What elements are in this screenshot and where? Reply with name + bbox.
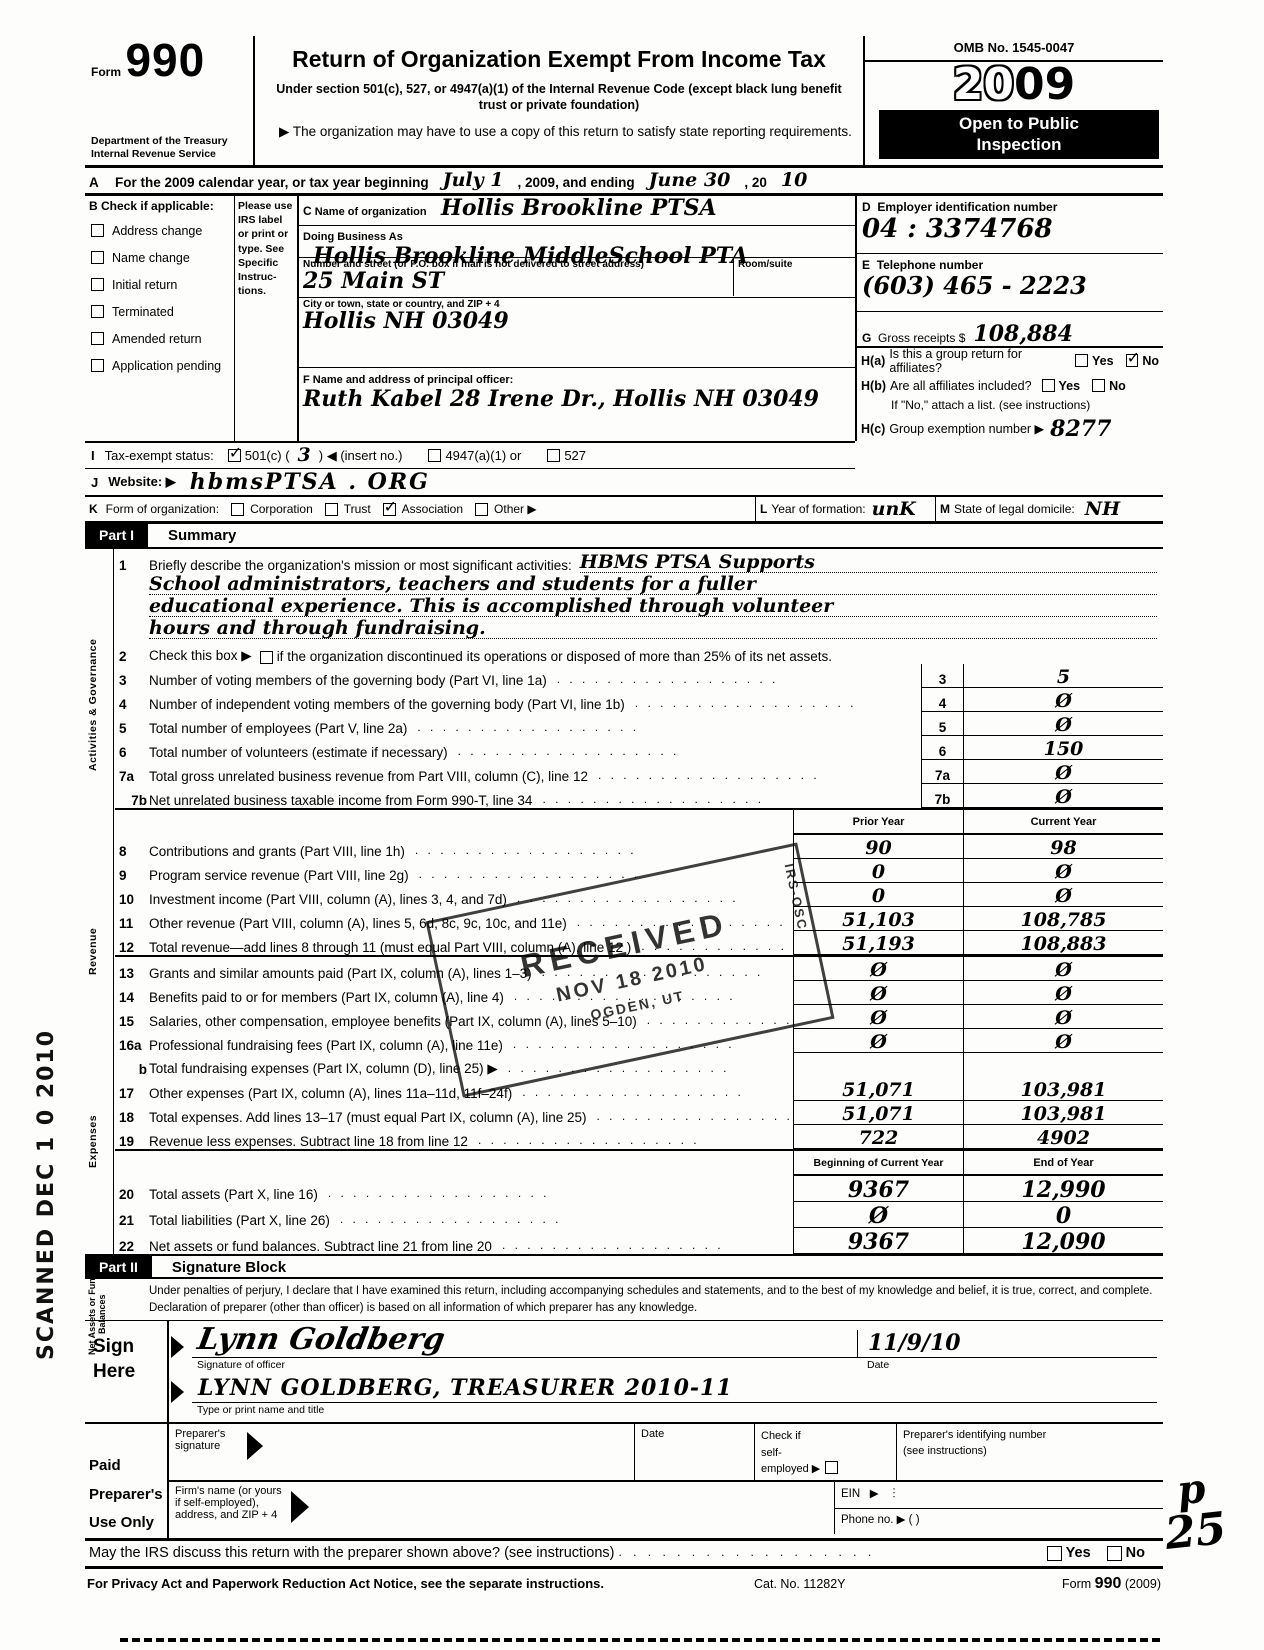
sidebar-expenses: Expenses [87,1034,99,1249]
insert-number-field[interactable]: 3 [298,446,311,465]
box-b-check-if-applicable: B Check if applicable: Address change Na… [85,196,235,441]
ha-yes-checkbox[interactable] [1075,354,1088,367]
h-a-row: H(a) Is this a group return for affiliat… [857,348,1163,373]
website-field[interactable]: hbmsPTSA . ORG [190,471,430,493]
form-subtitle: Under section 501(c), 527, or 4947(a)(1)… [265,81,853,114]
preparer-date-cell[interactable]: Date [635,1424,755,1480]
summary-row-13: 13Grants and similar amounts paid (Part … [115,957,1163,981]
summary-row-12: 12Total revenue—add lines 8 through 11 (… [115,931,1163,955]
line7a-value[interactable]: Ø [1055,764,1072,783]
current-year-header: Current Year [963,810,1163,835]
omb-year-block: OMB No. 1545-0047 2009 Open to Public In… [863,36,1163,165]
summary-row-21: 21Total liabilities (Part X, line 26). .… [115,1202,1163,1228]
firm-name-cell[interactable]: Firm's name (or yours if self-employed),… [169,1482,835,1534]
form-990: Form 990 Department of the Treasury Inte… [85,36,1163,1593]
hb-note: If "No," attach a list. (see instruction… [857,398,1163,416]
amended-return-checkbox[interactable] [91,332,104,345]
summary-row-17: 17Other expenses (Part IX, column (A), l… [115,1077,1163,1101]
part2-title: Signature Block [152,1256,286,1277]
form-reference: Form 990 (2009) [1062,1575,1161,1593]
paid-preparer-label: Paid Preparer's Use Only [85,1424,169,1538]
preparer-id-cell: Preparer's identifying number (see instr… [897,1424,1163,1480]
discuss-yes-checkbox[interactable] [1047,1546,1062,1561]
typed-name-label: Type or print name and title [171,1403,1157,1420]
telephone-field[interactable]: (603) 465 - 2223 [862,271,1087,300]
part1-summary: Activities & Governance Revenue Expenses… [85,549,1163,1254]
line-j-website: J Website: ▶ hbmsPTSA . ORG [85,468,855,495]
line3-value[interactable]: 5 [1057,668,1070,687]
page-title: Return of Organization Exempt From Incom… [265,46,853,73]
summary-row-22: 22Net assets or fund balances. Subtract … [115,1228,1163,1254]
terminated-checkbox[interactable] [91,305,104,318]
checkbox-application-pending[interactable]: Application pending [89,352,230,379]
name-change-checkbox[interactable] [91,251,104,264]
line6-value[interactable]: 150 [1044,740,1084,759]
line2-discontinued: 2 Check this box ▶ if the organization d… [115,641,1163,664]
h-b-row: H(b) Are all affiliates included? Yes No [857,373,1163,398]
k-other-checkbox[interactable] [475,503,488,516]
address-change-checkbox[interactable] [91,224,104,237]
line7b-value[interactable]: Ø [1055,788,1072,807]
department-block: Department of the Treasury Internal Reve… [91,135,247,161]
year-of-formation-field[interactable]: unK [872,500,916,519]
initial-return-checkbox[interactable] [91,278,104,291]
gross-receipts-field[interactable]: 108,884 [973,323,1073,345]
principal-officer-field[interactable]: Ruth Kabel 28 Irene Dr., Hollis NH 03049 [303,386,819,412]
sidebar-activities-governance: Activities & Governance [87,555,99,855]
line4-value[interactable]: Ø [1055,692,1072,711]
scanned-date-stamp: SCANNED DEC 1 0 2010 [34,1020,59,1360]
checkbox-initial-return[interactable]: Initial return [89,271,230,298]
year-columns-header: Prior Year Current Year [115,810,1163,835]
phone-cell[interactable]: Phone no. ▶ ( ) [835,1509,1163,1535]
summary-row-11: 11Other revenue (Part VIII, column (A), … [115,907,1163,931]
governance-counts: 3Number of voting members of the governi… [115,664,1163,808]
irs-discuss-row: May the IRS discuss this return with the… [85,1541,1163,1569]
city-row: City or town, state or country, and ZIP … [299,298,855,338]
form-number-block: Form 990 Department of the Treasury Inte… [85,36,255,165]
dept-line2: Internal Revenue Service [91,148,247,161]
handwritten-page-note: p 25 [1159,1467,1229,1557]
summary-row-10: 10Investment income (Part VIII, column (… [115,883,1163,907]
summary-row-6: 6Total number of volunteers (estimate if… [115,736,1163,760]
city-field[interactable]: Hollis NH 03049 [303,308,509,334]
summary-row-8: 8Contributions and grants (Part VIII, li… [115,835,1163,859]
status-501c-checkbox[interactable]: ✓ [228,449,241,462]
checkbox-name-change[interactable]: Name change [89,244,230,271]
firm-name-arrow-icon [291,1491,309,1523]
line-a-tax-year: A For the 2009 calendar year, or tax yea… [85,168,1163,196]
ein-field[interactable]: 04 : 3374768 [862,214,1053,244]
typed-name-row: LYNN GOLDBERG, TREASURER 2010-11 [171,1375,1157,1403]
form-title-block: Return of Organization Exempt From Incom… [255,36,863,165]
form-number: 990 [125,34,205,86]
signature-date-field[interactable]: 11/9/10 [868,1330,961,1356]
line-a-text2: , 2009, and ending [518,175,635,190]
summary-row-7b: 7bNet unrelated business taxable income … [115,784,1163,808]
summary-row-7a: 7aTotal gross unrelated business revenue… [115,760,1163,784]
ein-cell[interactable]: EIN ▶ ︙ [835,1482,1163,1509]
mission-field-line4[interactable]: hours and through fundraising. [149,617,486,639]
preparer-signature-arrow-icon [247,1432,263,1460]
checkbox-address-change[interactable]: Address change [89,217,230,244]
mission-field-line2[interactable]: School administrators, teachers and stud… [149,573,756,595]
line-m-state-of-domicile: MState of legal domicile: NH [935,497,1163,521]
mission-field-line1[interactable]: HBMS PTSA Supports [580,551,815,573]
state-of-domicile-field[interactable]: NH [1085,500,1120,519]
application-pending-checkbox[interactable] [91,359,104,372]
line-a-text1: For the 2009 calendar year, or tax year … [115,175,429,190]
please-use-irs-label-note: Please use IRS label or print or type. S… [235,196,299,441]
self-employed-checkbox[interactable] [825,1461,838,1474]
typed-name-field[interactable]: LYNN GOLDBERG, TREASURER 2010-11 [198,1375,733,1401]
form-990-scanned-page: SCANNED DEC 1 0 2010 Form 990 Department… [0,0,1264,1650]
status-527-checkbox[interactable] [547,449,560,462]
summary-row-9: 9Program service revenue (Part VIII, lin… [115,859,1163,883]
sidebar-net-assets: Net Assets or Fund Balances [87,1254,107,1374]
paid-preparer-block: Paid Preparer's Use Only Preparer's sign… [85,1424,1163,1541]
part1-title: Summary [148,524,236,547]
box-h-group-return: H(a) Is this a group return for affiliat… [857,348,1163,441]
hb-no-checkbox[interactable] [1092,379,1105,392]
line-l-year-of-formation: LYear of formation: unK [755,497,935,521]
box-b-label: B [89,199,98,213]
box-c-organization-fields: C Name of organization Hollis Brookline … [299,196,855,367]
discuss-no-checkbox[interactable] [1107,1546,1122,1561]
box-g-gross-receipts: G Gross receipts $ 108,884 [857,312,1163,348]
summary-row-4: 4Number of independent voting members of… [115,688,1163,712]
k-corporation-checkbox[interactable] [231,503,244,516]
line-k-form-of-organization: K Form of organization: Corporation Trus… [85,497,1163,524]
tax-year-end-field[interactable]: June 30 [649,171,731,190]
end-year-header: End of Year [963,1151,1163,1176]
signature-row-labels: Signature of officer Date [171,1358,1157,1375]
org-name-row: C Name of organization Hollis Brookline … [299,196,855,226]
box-f-principal-officer: F Name and address of principal officer:… [299,367,855,442]
summary-row-16b: bTotal fundraising expenses (Part IX, co… [115,1053,1163,1077]
expenses-section: 13Grants and similar amounts paid (Part … [115,955,1163,1149]
part1-header-bar: Part I Summary [85,524,1163,549]
h-c-row: H(c) Group exemption number ▶ 8277 [857,416,1163,441]
self-employed-cell: Check if self- employed ▶ [755,1424,897,1480]
hb-yes-checkbox[interactable] [1042,379,1055,392]
summary-row-20: 20Total assets (Part X, line 16). . . . … [115,1176,1163,1202]
privacy-act-note: For Privacy Act and Paperwork Reduction … [87,1576,604,1591]
ha-no-checkbox[interactable]: ✓ [1126,354,1139,367]
dept-line1: Department of the Treasury [91,135,247,148]
net-assets-section: Beginning of Current Year End of Year 20… [115,1149,1163,1254]
k-trust-checkbox[interactable] [325,503,338,516]
form-header: Form 990 Department of the Treasury Inte… [85,36,1163,168]
tax-year-begin-field[interactable]: July 1 [443,171,504,190]
right-id-column: D Employer identification number 04 : 33… [855,196,1163,441]
street-row: Number and street (or P.O. box if mail i… [299,258,855,298]
line-a-text3: , 20 [744,175,767,190]
street-field[interactable]: 25 Main ST [303,268,444,294]
box-d-ein: D Employer identification number 04 : 33… [857,196,1163,254]
identification-block: B Check if applicable: Address change Na… [85,196,1163,497]
open-to-public-badge: Open to Public Inspection [879,110,1159,159]
line-a-label: A [89,175,115,190]
k-association-checkbox[interactable]: ✓ [383,503,396,516]
tax-year: 2009 [865,62,1163,108]
balance-columns-header: Beginning of Current Year End of Year [115,1151,1163,1176]
revenue-section: Prior Year Current Year 8Contributions a… [115,808,1163,955]
preparer-signature-cell[interactable]: Preparer's signature [169,1424,635,1480]
line-i-tax-exempt-status: I Tax-exempt status: ✓ 501(c) ( 3 ) ◀ (i… [85,441,855,468]
form-word: Form [91,65,121,79]
line1-mission: 1 Briefly describe the organization's mi… [115,549,1163,641]
page-footer: For Privacy Act and Paperwork Reduction … [85,1569,1163,1593]
prior-year-header: Prior Year [793,810,963,835]
discontinued-checkbox[interactable] [260,651,273,664]
tax-year-end-year-field[interactable]: 10 [781,171,807,190]
summary-row-15: 15Salaries, other compensation, employee… [115,1005,1163,1029]
officer-signature-row: Lynn Goldberg 11/9/10 [171,1323,1157,1358]
summary-row-19: 19Revenue less expenses. Subtract line 1… [115,1125,1163,1149]
sign-here-block: Sign Here Lynn Goldberg 11/9/10 Signatur… [85,1321,1163,1424]
typed-name-arrow-icon [171,1381,184,1403]
state-reporting-note: ▶ The organization may have to use a cop… [265,124,853,140]
officer-signature-field[interactable]: Lynn Goldberg [195,1325,447,1355]
part1-label: Part I [85,524,148,547]
checkbox-amended-return[interactable]: Amended return [89,325,230,352]
beginning-year-header: Beginning of Current Year [793,1151,963,1176]
checkbox-terminated[interactable]: Terminated [89,298,230,325]
status-4947-checkbox[interactable] [428,449,441,462]
line5-value[interactable]: Ø [1055,716,1072,735]
org-name-field[interactable]: Hollis Brookline PTSA [441,195,717,221]
group-exemption-field[interactable]: 8277 [1050,418,1111,440]
catalog-number: Cat. No. 11282Y [754,1577,846,1591]
box-e-telephone: E Telephone number (603) 465 - 2223 [857,254,1163,312]
perjury-statement: Under penalties of perjury, I declare th… [85,1279,1163,1321]
summary-row-14: 14Benefits paid to or for members (Part … [115,981,1163,1005]
summary-row-5: 5Total number of employees (Part V, line… [115,712,1163,736]
part2-header-bar: Part II Signature Block [85,1254,1163,1279]
dba-row: Doing Business As Hollis Brookline Middl… [299,226,855,258]
mission-field-line3[interactable]: educational experience. This is accompli… [149,595,833,617]
room-suite-label: Room/suite [738,259,851,270]
summary-row-16a: 16aProfessional fundraising fees (Part I… [115,1029,1163,1053]
summary-row-18: 18Total expenses. Add lines 13–17 (must … [115,1101,1163,1125]
scan-edge-artifact [120,1638,1160,1642]
sidebar-revenue: Revenue [87,879,99,1024]
signature-arrow-icon [171,1336,184,1358]
summary-row-3: 3Number of voting members of the governi… [115,664,1163,688]
